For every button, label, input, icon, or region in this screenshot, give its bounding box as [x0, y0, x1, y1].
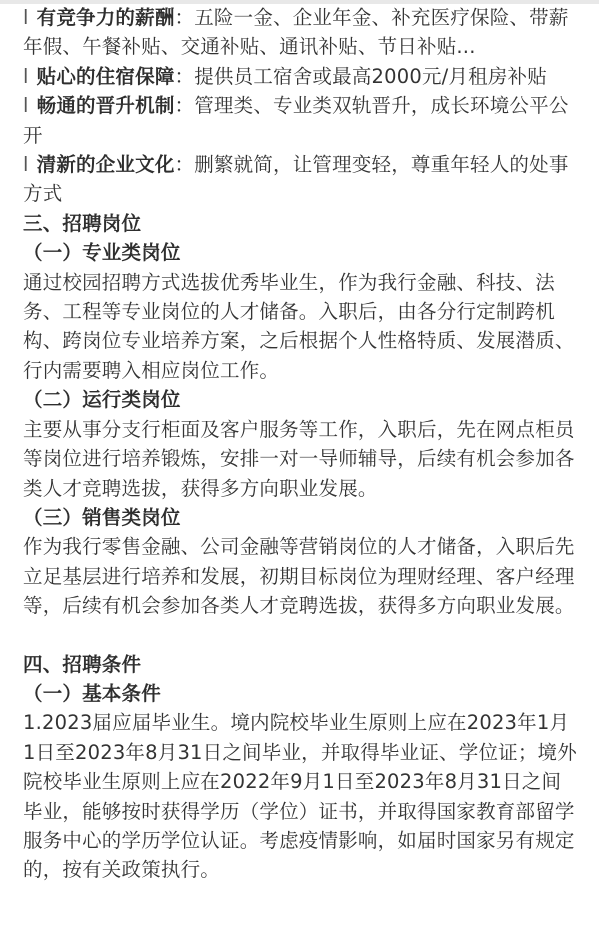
- subsection-heading-professional: （一）专业类岗位: [23, 238, 579, 267]
- benefit-item-housing: l贴心的住宿保障：提供员工宿舍或最高2000元/月租房补贴: [23, 62, 579, 91]
- section-heading-positions: 三、招聘岗位: [23, 209, 579, 238]
- benefit-item-salary: l有竞争力的薪酬：五险一金、企业年金、补充医疗保险、带薪年假、午餐补贴、交通补贴…: [23, 3, 579, 62]
- benefit-separator: ：: [175, 94, 195, 117]
- benefit-separator: ：: [175, 153, 195, 176]
- bullet-marker: l: [23, 65, 29, 88]
- bullet-marker: l: [23, 6, 29, 29]
- benefit-item-promotion: l畅通的晋升机制：管理类、专业类双轨晋升，成长环境公平公开: [23, 91, 579, 150]
- document-body: l有竞争力的薪酬：五险一金、企业年金、补充医疗保险、带薪年假、午餐补贴、交通补贴…: [23, 3, 579, 885]
- blank-line: [23, 621, 579, 650]
- benefit-key: 清新的企业文化: [37, 153, 175, 176]
- benefit-item-culture: l清新的企业文化：删繁就简，让管理变轻，尊重年轻人的处事方式: [23, 150, 579, 209]
- subsection-heading-sales: （三）销售类岗位: [23, 503, 579, 532]
- paragraph-professional: 通过校园招聘方式选拔优秀毕业生，作为我行金融、科技、法务、工程等专业岗位的人才储…: [23, 268, 579, 386]
- subsection-heading-basic: （一）基本条件: [23, 679, 579, 708]
- benefit-separator: ：: [175, 65, 195, 88]
- benefit-value: 提供员工宿舍或最高2000元/月租房补贴: [194, 65, 547, 88]
- section-heading-requirements: 四、招聘条件: [23, 650, 579, 679]
- benefit-key: 有竞争力的薪酬: [37, 6, 175, 29]
- subsection-heading-operations: （二）运行类岗位: [23, 385, 579, 414]
- benefit-separator: ：: [175, 6, 195, 29]
- paragraph-basic-requirements: 1.2023届应届毕业生。境内院校毕业生原则上应在2023年1月1日至2023年…: [23, 708, 579, 884]
- benefit-key: 畅通的晋升机制: [37, 94, 175, 117]
- paragraph-sales: 作为我行零售金融、公司金融等营销岗位的人才储备，入职后先立足基层进行培养和发展，…: [23, 532, 579, 620]
- benefit-key: 贴心的住宿保障: [37, 65, 175, 88]
- paragraph-operations: 主要从事分支行柜面及客户服务等工作，入职后，先在网点柜员等岗位进行培养锻炼，安排…: [23, 415, 579, 503]
- bullet-marker: l: [23, 94, 29, 117]
- bullet-marker: l: [23, 153, 29, 176]
